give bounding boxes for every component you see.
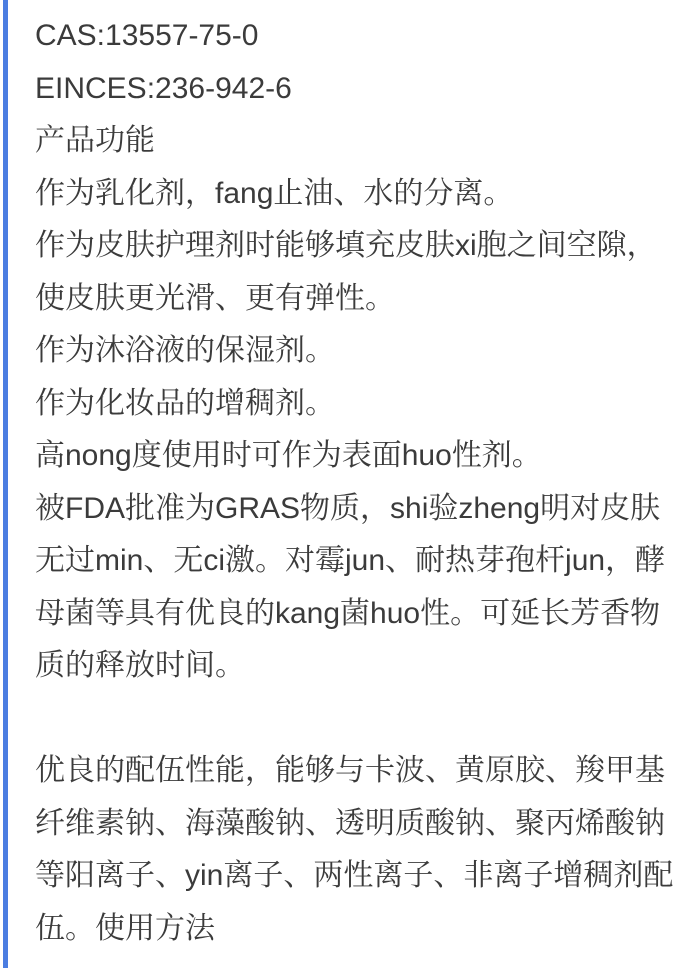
left-accent-bar [3,0,8,968]
paragraph: 作为皮肤护理剂时能够填充皮肤xi胞之间空隙，使皮肤更光滑、更有弹性。 [35,220,685,325]
paragraph: 产品功能 [35,115,685,168]
paragraph: 作为乳化剂，fang止油、水的分离。 [35,168,685,221]
paragraph: 作为沐浴液的保湿剂。 [35,325,685,378]
paragraph: 作为化妆品的增稠剂。 [35,378,685,431]
paragraph: EINCES:236-942-6 [35,63,685,116]
content-panel: CAS:13557-75-0EINCES:236-942-6产品功能作为乳化剂，… [0,0,697,968]
paragraph: 被FDA批准为GRAS物质，shi验zheng明对皮肤无过min、无ci激。对霉… [35,483,685,693]
paragraph [35,693,685,746]
paragraph: CAS:13557-75-0 [35,10,685,63]
paragraph: 优良的配伍性能，能够与卡波、黄原胶、羧甲基纤维素钠、海藻酸钠、透明质酸钠、聚丙烯… [35,745,685,955]
paragraph: 高nong度使用时可作为表面huo性剂。 [35,430,685,483]
document-body: CAS:13557-75-0EINCES:236-942-6产品功能作为乳化剂，… [35,10,685,955]
